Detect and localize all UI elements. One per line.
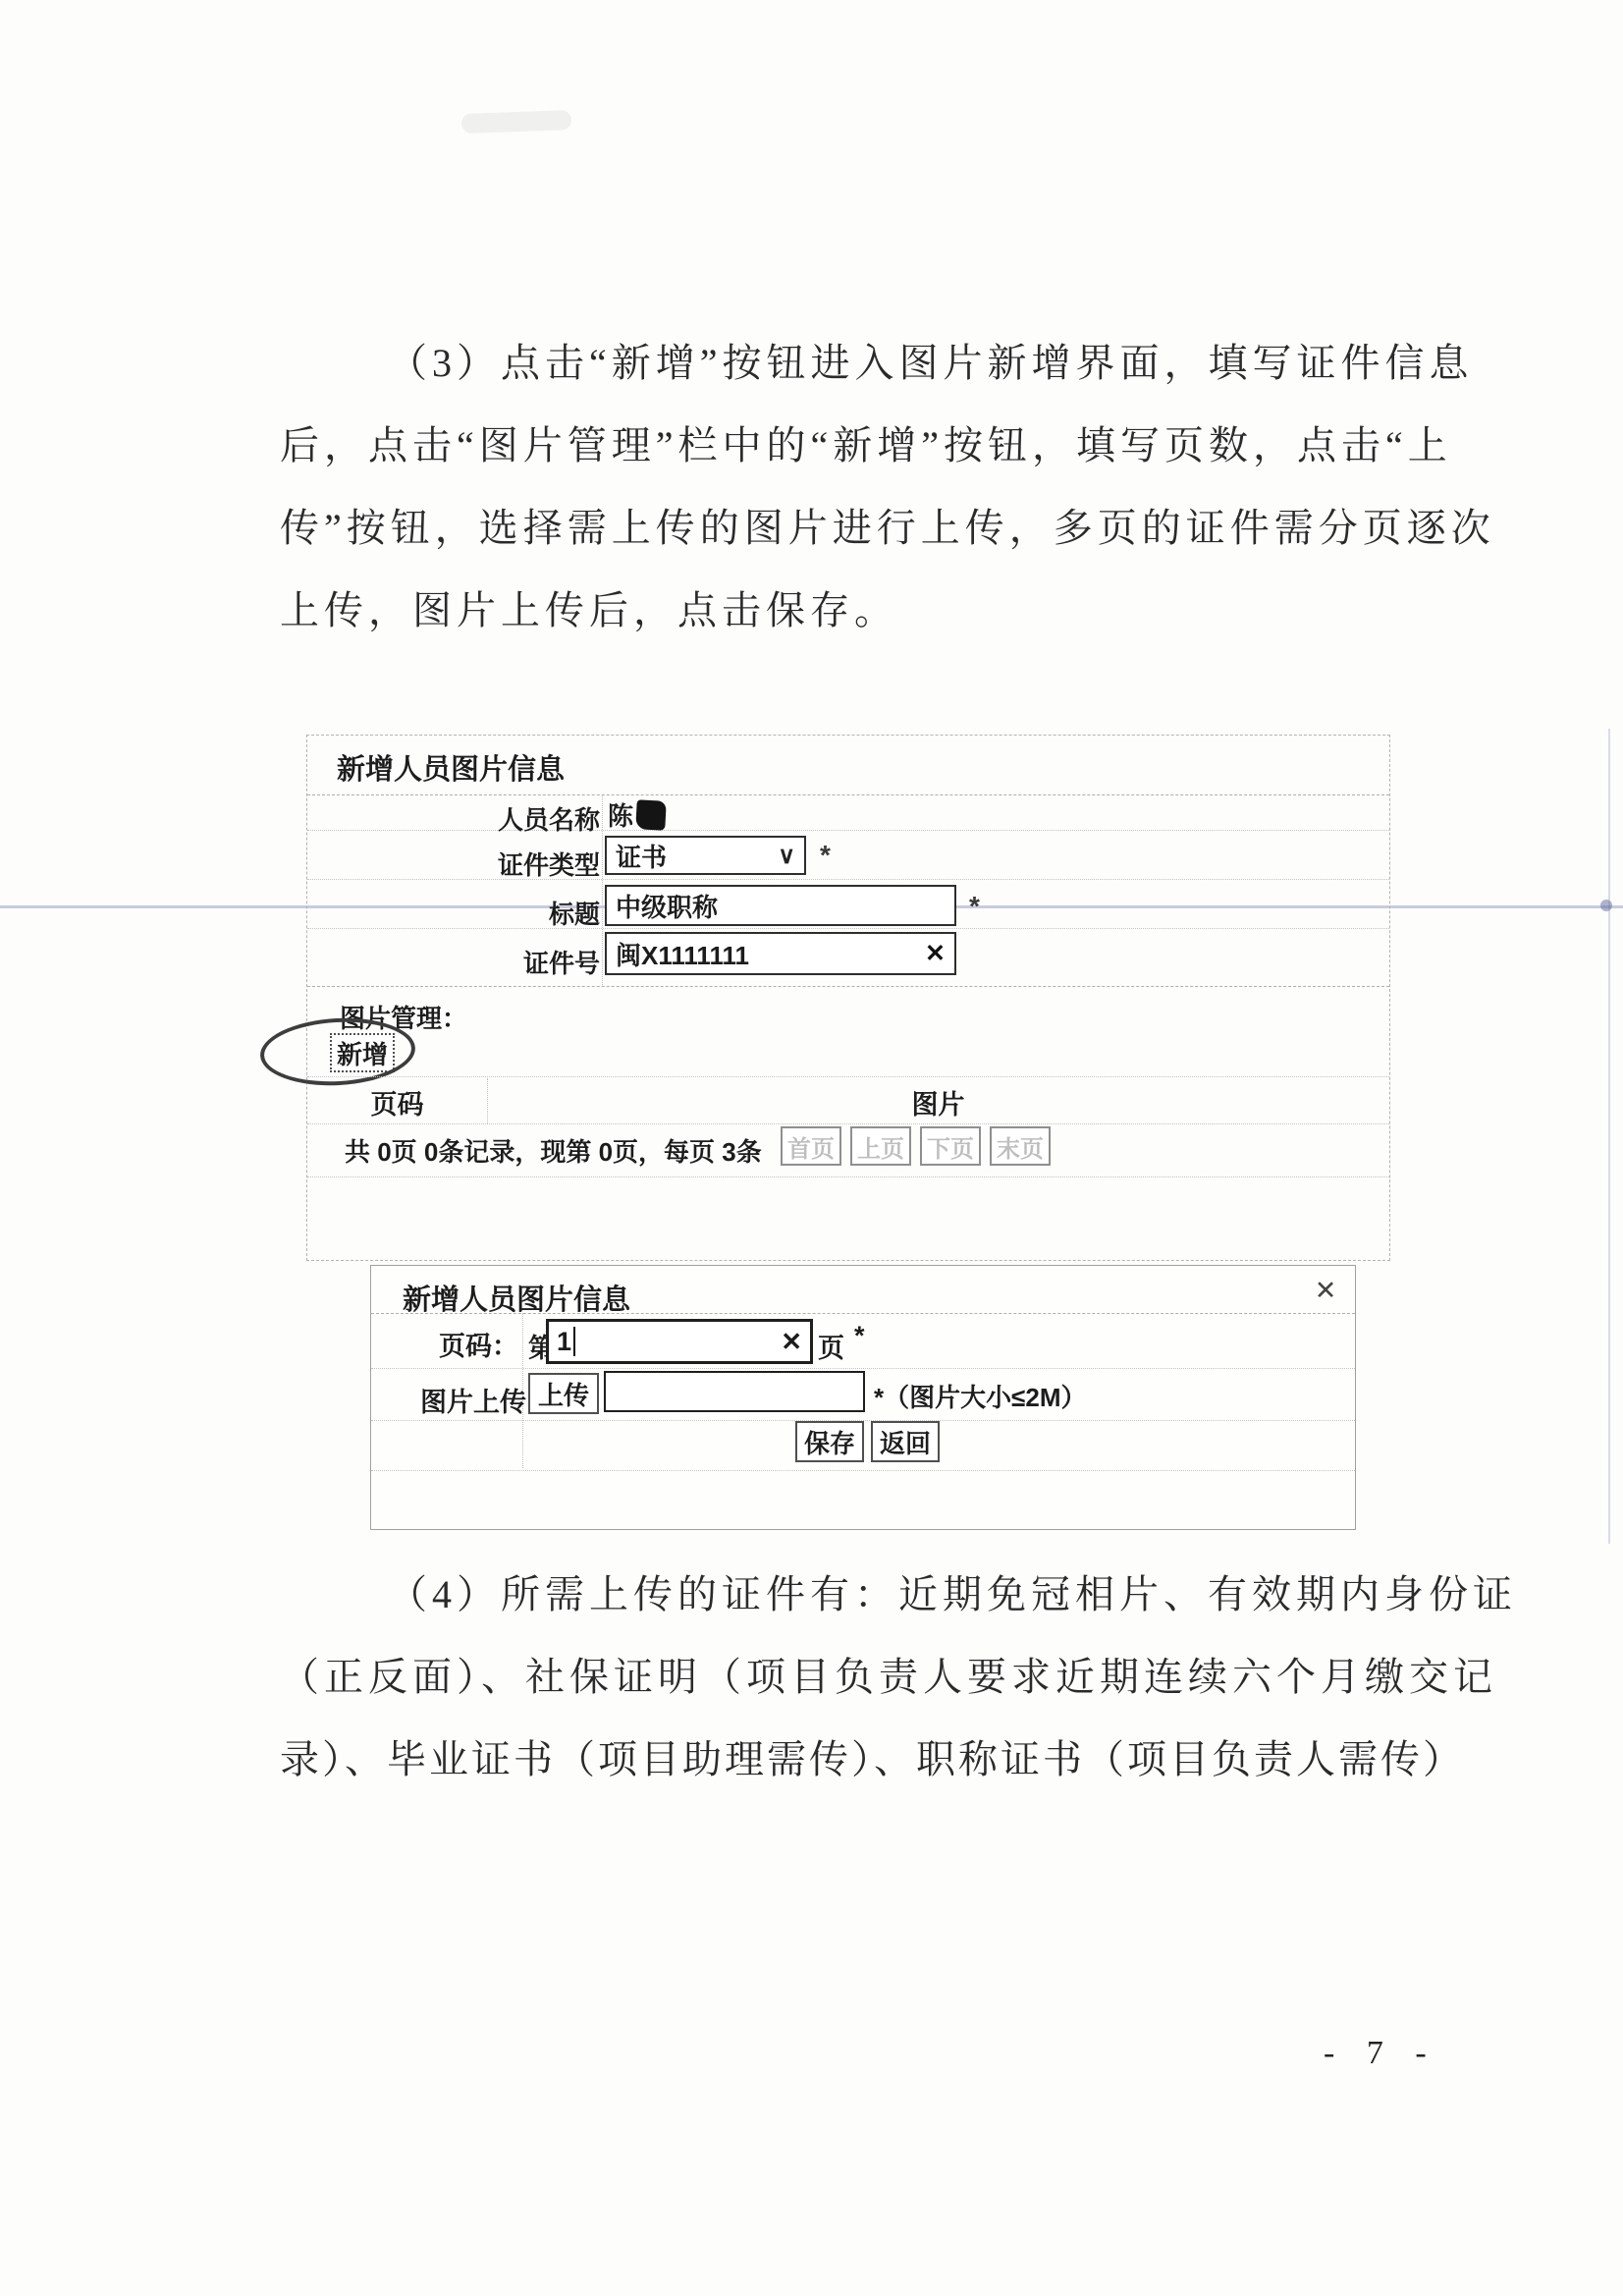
page-number: - 7 - [1324,2035,1438,2072]
cert-type-select[interactable]: 证书 ∨ [605,836,806,875]
scan-smudge [461,110,572,134]
page-number-input[interactable]: 1 ✕ [546,1319,813,1364]
file-path-input[interactable] [604,1371,865,1412]
row-divider [307,1176,1389,1177]
required-asterisk: * [820,840,831,871]
save-button[interactable]: 保存 [795,1421,864,1462]
scan-line-intersection [1600,900,1612,911]
add-picture-dialog: 新增人员图片信息 ✕ 页码： 第 1 ✕ 页 * 图片上传 上传 *（图片大小≤… [370,1265,1356,1530]
cert-no-input[interactable]: 闽X1111111 ✕ [605,932,956,975]
text-caret [573,1327,575,1356]
upload-label: 图片上传 [420,1381,526,1419]
divider [307,794,1389,795]
required-asterisk: * [969,891,980,922]
upload-size-note: *（图片大小≤2M） [874,1378,1087,1414]
paragraph-3-line: 后，点击“图片管理”栏中的“新增”按钮，填写页数，点击“上 [280,414,1452,470]
scanned-page: （3）点击“新增”按钮进入图片新增界面，填写证件信息 后，点击“图片管理”栏中的… [0,0,1623,2296]
title-input-value: 中级职称 [616,888,718,924]
paragraph-3-line: 上传，图片上传后，点击保存。 [280,579,898,635]
scan-line-vertical [1608,729,1610,1544]
section-divider [307,986,1389,987]
divider [371,1313,1355,1314]
paragraph-4-line: （4）所需上传的证件有：近期免冠相片、有效期内身份证 [388,1563,1517,1619]
upload-button[interactable]: 上传 [528,1373,599,1414]
clear-icon[interactable]: ✕ [781,1327,802,1357]
label-column-divider [602,794,603,987]
back-button[interactable]: 返回 [871,1421,940,1462]
cert-type-selected-value: 证书 [616,838,667,874]
next-page-button[interactable]: 下页 [920,1126,981,1166]
table-header-page: 页码 [307,1081,487,1122]
close-icon[interactable]: ✕ [1309,1274,1342,1307]
row-divider [371,1368,1355,1369]
paragraph-4-line: （正反面）、社保证明（项目负责人要求近期连续六个月缴交记 [280,1646,1497,1702]
row-divider [307,1076,1389,1077]
dialog-title: 新增人员图片信息 [403,1278,630,1318]
chevron-down-icon: ∨ [778,842,795,870]
cert-no-label: 证件号 [327,944,600,980]
table-header-picture: 图片 [487,1081,1389,1122]
page-number-value: 1 [557,1327,571,1357]
cert-type-label: 证件类型 [327,846,600,882]
required-asterisk: * [854,1321,865,1351]
person-name-label: 人员名称 [327,800,600,837]
row-divider [307,1123,1389,1124]
add-person-picture-panel: 新增人员图片信息 人员名称 陈 证件类型 证书 ∨ * 标题 中级职称 * 证件… [306,735,1390,1261]
panel-title: 新增人员图片信息 [337,747,565,788]
last-page-button[interactable]: 末页 [990,1126,1051,1166]
annotation-circle [258,1014,416,1089]
redacted-name-block [635,799,667,831]
pagination-summary: 共 0页 0条记录，现第 0页，每页 3条 [345,1132,762,1169]
pagination-buttons: 首页 上页 下页 末页 [781,1126,1051,1166]
cert-no-input-value: 闽X1111111 [616,936,749,972]
title-label: 标题 [327,895,600,931]
person-name-value: 陈 [608,796,666,833]
prev-page-button[interactable]: 上页 [850,1126,911,1166]
first-page-button[interactable]: 首页 [781,1126,841,1166]
row-divider [371,1470,1355,1471]
clear-icon[interactable]: ✕ [925,939,946,968]
paragraph-3-line: 传”按钮，选择需上传的图片进行上传，多页的证件需分页逐次 [280,497,1495,553]
page-number-suffix: 页 [818,1327,844,1365]
person-name-text: 陈 [608,796,633,833]
paragraph-4-line: 录）、毕业证书（项目助理需传）、职称证书（项目负责人需传） [280,1728,1465,1784]
title-input[interactable]: 中级职称 [605,885,956,926]
page-number-label: 页码： [381,1325,518,1363]
paragraph-3-line: （3）点击“新增”按钮进入图片新增界面，填写证件信息 [388,332,1474,388]
